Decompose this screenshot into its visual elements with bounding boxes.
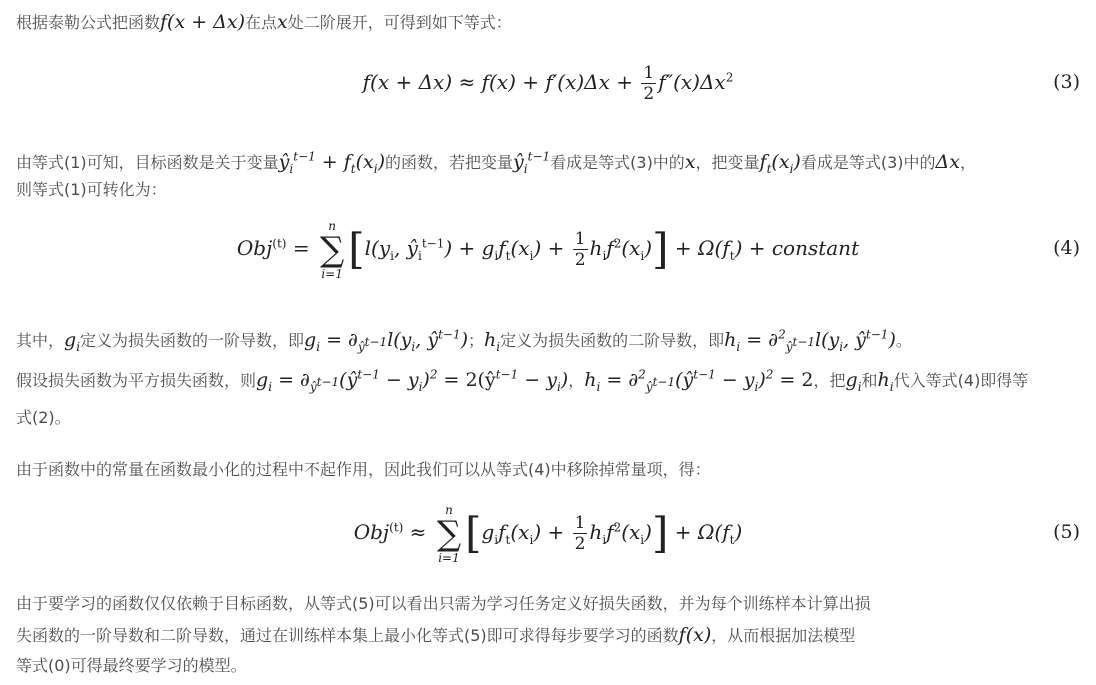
math-rhs: f″(x)Δx [658,70,725,94]
equation-number: (5) [1053,500,1080,564]
exponent: 2 [726,70,734,84]
equation-body: Obj(t) = n∑i=1[l(yi, ŷit−1) + gift(xi) +… [0,216,1096,282]
text: 看成是等式(3)中的 [801,153,936,172]
inline-math: Δx [936,151,960,173]
text: 根据泰勒公式把函数 [16,13,160,32]
text: 由等式(1)可知，目标函数是关于变量 [16,153,279,172]
inline-math: ŷit−1 [513,151,550,173]
paragraph-6-line-2: 失函数的一阶导数和二阶导数，通过在训练样本集上最小化等式(5)即可求得每步要学习… [16,621,1080,650]
equation-number: (4) [1053,216,1080,280]
equation-body: Obj(t) ≈ n∑i=1[gift(xi) + 12hif2(xi)] + … [0,500,1096,566]
inline-math: x [685,151,696,173]
paragraph-5: 由于函数中的常量在函数最小化的过程中不起作用，因此我们可以从等式(4)中移除掉常… [16,456,1080,484]
paragraph-4-line-2: 式(2)。 [16,404,1080,432]
inline-math: ŷit−1 + ft(xi) [279,151,385,173]
paragraph-2-line-2: 则等式(1)可转化为： [16,176,1080,204]
equation-number: (3) [1053,50,1080,114]
paragraph-3: 其中，gi定义为损失函数的一阶导数，即gi = ∂ŷt−1l(yi, ŷt−1)… [16,326,1080,355]
equation-5: Obj(t) ≈ n∑i=1[gift(xi) + 12hif2(xi)] + … [0,500,1096,564]
text: 在点 [245,13,277,32]
paragraph-4-line-1: 假设损失函数为平方损失函数，则gi = ∂ŷt−1(ŷt−1 − yi)2 = … [16,366,1080,395]
inline-math: ft(xi) [760,151,801,173]
equation-3: f(x + Δx) ≈ f(x) + f′(x)Δx + 12f″(x)Δx2 … [0,50,1096,114]
text: ， [960,153,976,172]
math-lhs: f(x + Δx) ≈ f(x) + f′(x)Δx + [363,70,640,94]
equation-body: f(x + Δx) ≈ f(x) + f′(x)Δx + 12f″(x)Δx2 [0,50,1096,114]
paragraph-2-line-1: 由等式(1)可知，目标函数是关于变量ŷit−1 + ft(xi)的函数，若把变量… [16,148,1080,177]
text: 看成是等式(3)中的 [550,153,685,172]
equation-4: Obj(t) = n∑i=1[l(yi, ŷit−1) + gift(xi) +… [0,216,1096,280]
inline-math: x [277,11,288,33]
text: 处二阶展开，可得到如下等式： [288,13,512,32]
inline-math: f(x + Δx) [160,11,245,33]
summation: n∑i=1 [320,219,344,281]
paragraph-6-line-3: 等式(0)可得最终要学习的模型。 [16,652,1080,680]
document-page: 根据泰勒公式把函数f(x + Δx)在点x处二阶展开，可得到如下等式： f(x … [0,0,1096,685]
fraction: 12 [641,63,656,104]
denominator: 2 [641,84,656,104]
intro-paragraph: 根据泰勒公式把函数f(x + Δx)在点x处二阶展开，可得到如下等式： [16,8,1080,37]
paragraph-6-line-1: 由于要学习的函数仅仅依赖于目标函数，从等式(5)可以看出只需为学习任务定义好损失… [16,590,1080,618]
text: ，把变量 [696,153,760,172]
numerator: 1 [641,63,656,84]
text: 的函数，若把变量 [385,153,513,172]
